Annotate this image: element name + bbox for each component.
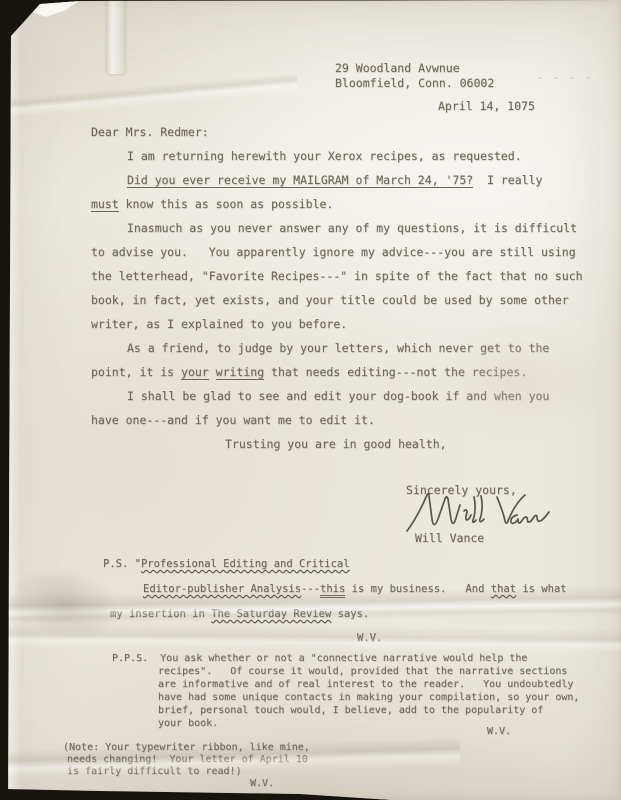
post-postscript-line: brief, personal touch would, I believe, … — [158, 704, 543, 717]
post-postscript-line: P.P.S. You ask whether or not a "connect… — [112, 652, 527, 665]
post-postscript-line: W.V. — [487, 725, 511, 738]
fold-tape-strip — [106, 0, 126, 74]
post-postscript-line: are informative and of real interest to … — [158, 678, 573, 691]
postscript-line: Editor-publisher Analysis---this is my b… — [143, 583, 567, 595]
crease-top-left — [0, 73, 298, 120]
postscript-line: W.V. — [357, 632, 382, 644]
typewriter-note-line: W.V. — [250, 777, 274, 790]
letter-body-line: point, it is your writing that needs edi… — [91, 366, 527, 379]
signature-stroke-will-w — [407, 494, 460, 531]
letter-body-line: Inasmuch as you never answer any of my q… — [127, 222, 577, 235]
post-postscript-line: recipes". Of course it would, provided t… — [158, 665, 567, 678]
postscript-line: my insertion in The Saturday Review says… — [110, 608, 369, 620]
scan-background: { "colors": { "background": "#17140e", "… — [0, 0, 621, 800]
postscript-line: P.S. "Professional Editing and Critical — [103, 558, 350, 570]
sender-address-line: Bloomfield, Conn. 06002 — [335, 77, 494, 90]
typewriter-note-line: is fairly difficult to read!) — [67, 765, 242, 778]
letter-body-line: Trusting you are in good health, — [225, 438, 447, 451]
letter-body-line: Dear Mrs. Redmer: — [91, 126, 209, 139]
letter-body-line: I am returning herewith your Xerox recip… — [127, 150, 522, 163]
letter-body-line: As a friend, to judge by your letters, w… — [127, 342, 549, 355]
letter-body-line: Did you ever receive my MAILGRAM of Marc… — [127, 174, 542, 187]
torn-corner-flap — [24, 0, 80, 17]
sheen-right — [400, 300, 621, 460]
letter-body-line: must know this as soon as possible. — [91, 198, 333, 211]
letter-body-line: the letterhead, "Favorite Recipes---" in… — [91, 270, 583, 283]
letter-body-line: book, in fact, yet exists, and your titl… — [91, 294, 569, 307]
paper-edge-highlight — [9, 0, 21, 800]
crease-middle-fold-lower — [0, 623, 621, 652]
signature-stroke-vance-ance — [511, 512, 549, 523]
paper: - - - - 29 Woodland AvwnueBloomfield, Co… — [0, 0, 621, 800]
post-postscript-line: have had some unique contacts in making … — [158, 691, 579, 704]
letter-body-line: to advise you. You apparently ignore my … — [91, 246, 576, 259]
letter-body-line: I shall be glad to see and edit your dog… — [127, 390, 549, 403]
pencil-dashes: - - - - — [537, 74, 593, 84]
signature-handwritten — [405, 489, 555, 535]
post-postscript-line: your book. — [158, 717, 218, 730]
sender-address-line: 29 Woodland Avwnue — [335, 62, 460, 75]
letter-body-line: writer, as I explained to you before. — [91, 318, 347, 331]
date-line: April 14, 1075 — [438, 100, 535, 113]
signature-stroke-will-ill — [464, 496, 484, 522]
letter-body-line: have one---and if you want me to edit it… — [91, 414, 375, 427]
